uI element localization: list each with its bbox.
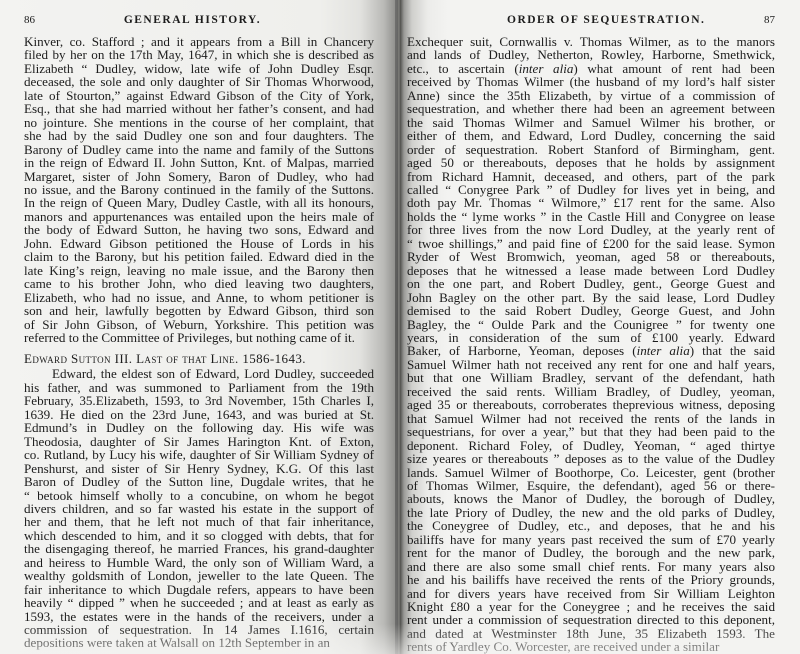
text-line: on the one part, and Robert Dudley, gent…	[407, 277, 775, 290]
text-line: for three lives from the now Lord Dudley…	[407, 223, 775, 236]
left-paragraph-1: Kinver, co. Stafford ; and it appears fr…	[24, 35, 374, 344]
text-line: Theodosia, daughter of Sir James Haringt…	[24, 435, 374, 448]
text-line: John Bagley on the other part. By the sa…	[407, 291, 775, 304]
text-line: that Samuel Wilmer had not received the …	[407, 412, 775, 425]
left-running-head: 86 GENERAL HISTORY.	[24, 14, 374, 28]
text-line: late King’s reign, leaving no male issue…	[24, 264, 374, 277]
text-line: heavily “ dipped ” when he succeeded ; a…	[24, 596, 374, 609]
right-page: ORDER OF SEQUESTRATION. 87 Exchequer sui…	[400, 0, 800, 654]
text-line: Edward, the eldest son of Edward, Lord D…	[24, 367, 374, 380]
text-line: deceased, the sole and only daughter of …	[24, 75, 374, 88]
left-page: 86 GENERAL HISTORY. Kinver, co. Stafford…	[0, 0, 400, 654]
text-line: commission of sequestration. In 14 James…	[24, 623, 374, 636]
book-spread: 86 GENERAL HISTORY. Kinver, co. Stafford…	[0, 0, 800, 654]
text-line: Ryder of West Bromwich, yeoman, aged 58 …	[407, 250, 775, 263]
text-line: Edmund’s in Dudley on the following day.…	[24, 421, 374, 434]
text-line: she had by the said Dudley one son and f…	[24, 129, 374, 142]
text-line: Kinver, co. Stafford ; and it appears fr…	[24, 35, 374, 48]
text-line: received the said rents. William Bradley…	[407, 385, 775, 398]
text-line: doth pay Mr. Thomas “ Wilmore,” £17 rent…	[407, 196, 775, 209]
text-line: and there are also some small chief rent…	[407, 560, 775, 573]
left-running-title: GENERAL HISTORY.	[124, 14, 261, 26]
book-spine-gutter	[395, 0, 398, 654]
text-line: aged 35 or thereabouts, corroberates the…	[407, 398, 775, 411]
text-line: he and his bailiffs have received the re…	[407, 573, 775, 586]
text-line: “ twoe shillings,” and paid fine of £200…	[407, 237, 775, 250]
text-line: no jointure. She mentions in the course …	[24, 116, 374, 129]
text-line: lands. Samuel Wilmer of Boothorpe, Co. L…	[407, 466, 775, 479]
text-line: called “ Conygree Park ” of Dudley for l…	[407, 183, 775, 196]
text-line: wealthy goldsmith of London, jeweller to…	[24, 569, 374, 582]
text-line: from Richard Hamnit, deceased, and other…	[407, 170, 775, 183]
text-line: Knight £80 a year for the Coneygree ; an…	[407, 600, 775, 613]
text-line: aged 50 or thereabouts, deposes that he …	[407, 156, 775, 169]
left-page-number: 86	[24, 14, 35, 26]
text-line: deponent. Richard Foley, of Dudley, Yeom…	[407, 439, 775, 452]
text-line: Penshurst, and sister of Sir Henry Sydne…	[24, 462, 374, 475]
text-line: Elizabeth “ Dudley, widow, late wife of …	[24, 62, 374, 75]
text-line: Samuel Wilmer hath not received any rent…	[407, 358, 775, 371]
text-line: and for divers years have received from …	[407, 587, 775, 600]
text-line: rent for the manor of Dudley, the boroug…	[407, 546, 775, 559]
text-line: abouts, knows the Manor of Dudley, the b…	[407, 492, 775, 505]
text-line: holds the “ lyme works ” in the Castle H…	[407, 210, 775, 223]
text-line: demised to the said Robert Dudley, Georg…	[407, 304, 775, 317]
text-line: and lands of Dudley, Netherton, Rowley, …	[407, 48, 775, 61]
text-line: rents of Yardley Co. Worcester, are rece…	[407, 640, 775, 653]
text-line: Anne) since the 35th Elizabeth, by virtu…	[407, 89, 775, 102]
text-line: Exchequer suit, Cornwallis v. Thomas Wil…	[407, 35, 775, 48]
text-line: Esq., that she had married without her f…	[24, 102, 374, 115]
text-line: late of Stourton,” against Edward Gibson…	[24, 89, 374, 102]
text-line: order of sequestration. Robert Stanford …	[407, 143, 775, 156]
section-heading: Edward Sutton III. Last of that Line. 15…	[24, 351, 374, 367]
text-line: bailiffs have for many years past receiv…	[407, 533, 775, 546]
text-line: filed by her on the 17th May, 1647, in w…	[24, 48, 374, 61]
text-line: John. Edward Gibson petitioned the House…	[24, 237, 374, 250]
text-line: claim to the Barony, but his petition fa…	[24, 250, 374, 263]
text-line: 1593, the estates were in the hands of t…	[24, 610, 374, 623]
text-line: etc., to ascertain (inter alia) what amo…	[407, 62, 775, 75]
text-line: of Thomas Wilmer, Esquire, the defendant…	[407, 479, 775, 492]
text-line: Baron of Dudley of the Sutton line, Dugd…	[24, 475, 374, 488]
text-line: deposes that he witnessed a lease made b…	[407, 264, 775, 277]
text-line: the body of Edward Sutton, he having two…	[24, 223, 374, 236]
text-line: but that one William Bradley, servant of…	[407, 371, 775, 384]
text-line: size yeares or thereabouts ” deposes as …	[407, 452, 775, 465]
text-line: the Coneygree of Dudley, etc., and depos…	[407, 519, 775, 532]
text-line: received by Thomas Wilmer (the husband o…	[407, 75, 775, 88]
text-line: his father, and was summoned to Parliame…	[24, 381, 374, 394]
text-line: the disengaging thereof, he married Fran…	[24, 542, 374, 555]
text-line: sequestrians, for over a year,” but that…	[407, 425, 775, 438]
text-line: fair inheritance to which Dugdale refers…	[24, 583, 374, 596]
left-paragraph-2: Edward, the eldest son of Edward, Lord D…	[24, 367, 374, 650]
text-line: “ betook himself wholly to a concubine, …	[24, 489, 374, 502]
right-running-head: ORDER OF SEQUESTRATION. 87	[407, 14, 775, 28]
text-line: of Sir John Gibson, of Weburn, Yorkshire…	[24, 318, 374, 331]
text-line: in the reign of Edward II. John Sutton, …	[24, 156, 374, 169]
text-line: came to his brother John, who died leavi…	[24, 277, 374, 290]
text-line: divers children, and so far wasted his e…	[24, 502, 374, 515]
text-line: the late Priory of Dudley, the new and t…	[407, 506, 775, 519]
text-line: no issue, and the Barony continued in th…	[24, 183, 374, 196]
text-line: and heiress to Humble Ward, the only son…	[24, 556, 374, 569]
text-line: years, in consideration of the sum of £1…	[407, 331, 775, 344]
text-line: February, 35.Elizabeth, 1593, to 3rd Nov…	[24, 394, 374, 407]
right-page-number: 87	[764, 14, 775, 26]
text-line: Elizabeth, who had no issue, and Anne, t…	[24, 291, 374, 304]
text-line: the said Thomas Wilmer and Samuel Wilmer…	[407, 116, 775, 129]
text-line: 1639. He died on the 23rd June, 1643, an…	[24, 408, 374, 421]
text-line: co. Rutland, by Lucy his wife, daughter …	[24, 448, 374, 461]
text-line: son and heir, lawfully begotten by Edwar…	[24, 304, 374, 317]
text-line: either of them, and Edward, Lord Dudley,…	[407, 129, 775, 142]
text-line: and dated at Westminster 18th June, 35 E…	[407, 627, 775, 640]
text-line: In the reign of Queen Mary, Dudley Castl…	[24, 196, 374, 209]
text-line: Barony of Dudley came into the name and …	[24, 143, 374, 156]
right-paragraph: Exchequer suit, Cornwallis v. Thomas Wil…	[407, 35, 775, 654]
right-running-title: ORDER OF SEQUESTRATION.	[507, 14, 705, 26]
text-line: manors and appurtenances was entailed up…	[24, 210, 374, 223]
text-line: referred to the Committee of Privileges,…	[24, 331, 374, 344]
text-line: rent under a commission of sequestration…	[407, 613, 775, 626]
text-line: sequestration, and whether there had bee…	[407, 102, 775, 115]
text-line: her and them, that he left not much of t…	[24, 515, 374, 528]
text-line: which descended to him, and it so clogge…	[24, 529, 374, 542]
text-line: Bagley, the “ Oulde Park and the Counigr…	[407, 318, 775, 331]
text-line: Baker, of Harborne, Yeoman, deposes (int…	[407, 344, 775, 357]
text-line: Margaret, sister of John Somery, Baron o…	[24, 170, 374, 183]
text-line: depositions were taken at Walsall on 12t…	[24, 636, 374, 649]
